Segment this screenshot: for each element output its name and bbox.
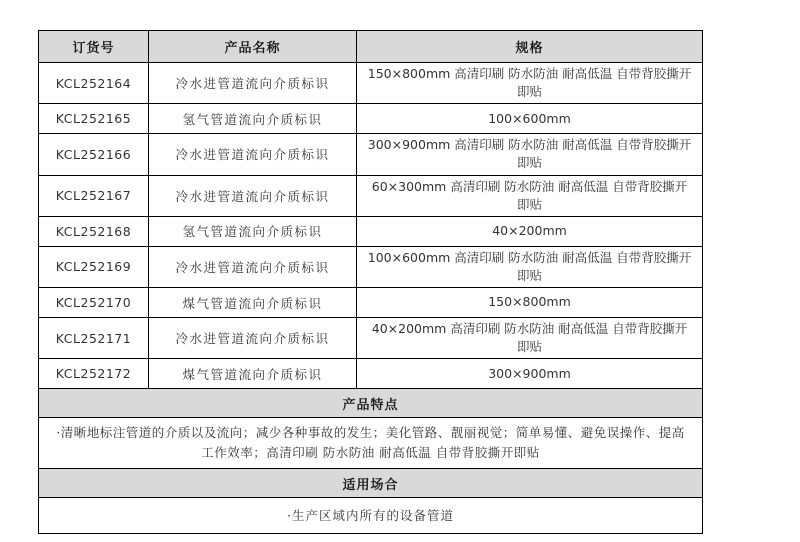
table-row: KCL252164 冷水进管道流向介质标识 150×800mm 高清印刷 防水防… [39,63,703,104]
product-name-cell: 冷水进管道流向介质标识 [149,246,357,287]
order-no-cell: KCL252169 [39,246,149,287]
product-name-cell: 氢气管道流向介质标识 [149,104,357,134]
product-name-cell: 氢气管道流向介质标识 [149,216,357,246]
order-no-cell: KCL252164 [39,63,149,104]
spec-cell: 100×600mm 高清印刷 防水防油 耐高低温 自带背胶撕开即贴 [357,246,703,287]
column-header-order-no: 订货号 [39,31,149,63]
order-no-cell: KCL252170 [39,288,149,318]
order-no-cell: KCL252166 [39,134,149,175]
product-spec-table: 订货号 产品名称 规格 KCL252164 冷水进管道流向介质标识 150×80… [38,30,703,534]
product-name-cell: 煤气管道流向介质标识 [149,288,357,318]
spec-cell: 40×200mm 高清印刷 防水防油 耐高低温 自带背胶撕开即贴 [357,318,703,359]
table-row: KCL252172 煤气管道流向介质标识 300×900mm [39,359,703,389]
column-header-product-name: 产品名称 [149,31,357,63]
spec-cell: 40×200mm [357,216,703,246]
product-name-cell: 煤气管道流向介质标识 [149,359,357,389]
product-name-cell: 冷水进管道流向介质标识 [149,175,357,216]
table-row: KCL252170 煤气管道流向介质标识 150×800mm [39,288,703,318]
product-name-cell: 冷水进管道流向介质标识 [149,318,357,359]
features-section-title: 产品特点 [39,389,703,418]
features-section-header: 产品特点 [39,389,703,418]
order-no-cell: KCL252168 [39,216,149,246]
spec-cell: 300×900mm [357,359,703,389]
order-no-cell: KCL252172 [39,359,149,389]
spec-cell: 150×800mm [357,288,703,318]
product-spec-document: 订货号 产品名称 规格 KCL252164 冷水进管道流向介质标识 150×80… [0,0,800,542]
table-header-row: 订货号 产品名称 规格 [39,31,703,63]
order-no-cell: KCL252167 [39,175,149,216]
applications-text: ·生产区域内所有的设备管道 [39,498,703,534]
table-row: KCL252169 冷水进管道流向介质标识 100×600mm 高清印刷 防水防… [39,246,703,287]
product-name-cell: 冷水进管道流向介质标识 [149,63,357,104]
features-section-body: ·清晰地标注管道的介质以及流向；减少各种事故的发生；美化管路、靓丽视觉；简单易懂… [39,418,703,469]
table-row: KCL252167 冷水进管道流向介质标识 60×300mm 高清印刷 防水防油… [39,175,703,216]
product-name-cell: 冷水进管道流向介质标识 [149,134,357,175]
applications-section-header: 适用场合 [39,469,703,498]
table-row: KCL252165 氢气管道流向介质标识 100×600mm [39,104,703,134]
spec-cell: 60×300mm 高清印刷 防水防油 耐高低温 自带背胶撕开即贴 [357,175,703,216]
order-no-cell: KCL252171 [39,318,149,359]
table-row: KCL252168 氢气管道流向介质标识 40×200mm [39,216,703,246]
table-row: KCL252171 冷水进管道流向介质标识 40×200mm 高清印刷 防水防油… [39,318,703,359]
column-header-spec: 规格 [357,31,703,63]
spec-cell: 300×900mm 高清印刷 防水防油 耐高低温 自带背胶撕开即贴 [357,134,703,175]
applications-section-body: ·生产区域内所有的设备管道 [39,498,703,534]
spec-cell: 100×600mm [357,104,703,134]
spec-cell: 150×800mm 高清印刷 防水防油 耐高低温 自带背胶撕开即贴 [357,63,703,104]
applications-section-title: 适用场合 [39,469,703,498]
features-text: ·清晰地标注管道的介质以及流向；减少各种事故的发生；美化管路、靓丽视觉；简单易懂… [39,418,703,469]
table-row: KCL252166 冷水进管道流向介质标识 300×900mm 高清印刷 防水防… [39,134,703,175]
order-no-cell: KCL252165 [39,104,149,134]
